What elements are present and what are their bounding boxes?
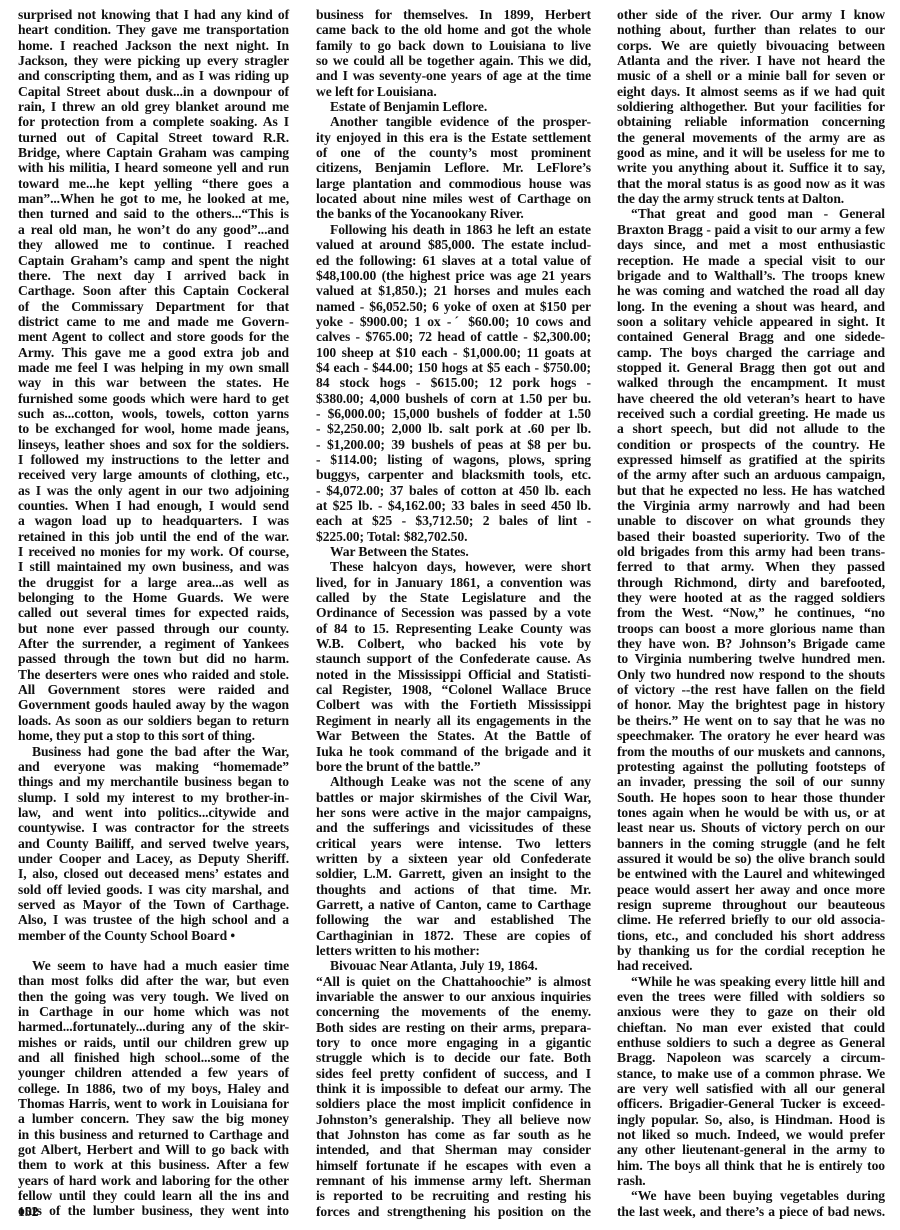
text-line: contained General Bragg and one sidede- [617, 329, 885, 344]
text-line: valued at around $85,000. The estate inc… [316, 237, 591, 252]
text-line: Bivouac Near Atlanta, July 19, 1864. [316, 958, 591, 973]
text-line: then turned and said to the others...“Th… [18, 206, 289, 221]
text-line: critical years were intense. Two letters [316, 836, 591, 851]
text-line: the general movements of the army are as [617, 130, 885, 145]
text-line: of 84 to 15. Representing Leake County w… [316, 621, 591, 636]
text-line: through Richmond, dirty and barefooted, [617, 575, 885, 590]
text-line: 84 stock hogs - $615.00; 12 pork hogs - [316, 375, 591, 390]
text-line: outs of the lumber business, they went i… [18, 1203, 289, 1218]
text-line: soldier, L.M. Garrett, given an insight … [316, 866, 591, 881]
text-line: South. He hopes soon to hear those thund… [617, 790, 885, 805]
text-line: had received. [617, 958, 885, 973]
text-line: home, they put a stop to this sort of th… [18, 728, 289, 743]
text-line: surprised not knowing that I had any kin… [18, 7, 289, 22]
text-line: - $114.00; listing of wagons, plows, spr… [316, 452, 591, 467]
paragraph-gap [18, 943, 289, 958]
text-line: intended, and that Sherman may consider [316, 1142, 591, 1157]
text-line: got Albert, Herbert and Will to go back … [18, 1142, 289, 1157]
text-line: Garrett, a native of Canton, came to Car… [316, 897, 591, 912]
text-line: are very well satisfied with all our gen… [617, 1081, 885, 1096]
text-line: things and my merchantile business began… [18, 774, 289, 789]
text-line: sides feel pretty confident of success, … [316, 1066, 591, 1081]
text-line: loads. As soon as our soldiers began to … [18, 713, 289, 728]
text-line: heart condition. They gave me transporta… [18, 22, 289, 37]
text-line: Carthage. Soon after this Captain Cocker… [18, 283, 289, 298]
text-line: a wagon load up to headquarters. I was [18, 513, 289, 528]
text-line: made me feel I was helping in my own sma… [18, 360, 289, 375]
text-line: of one of the county’s most prominent [316, 145, 591, 160]
text-line: “All is quiet on the Chattahoochie” is a… [316, 974, 591, 989]
text-line: to Virginia numbering twelve hundred men… [617, 651, 885, 666]
text-line: I still maintained my own business, and … [18, 559, 289, 574]
text-line: at $25 lb. - $4,162.00; 33 bales in seed… [316, 498, 591, 513]
text-line: named - $6,052.50; 6 yoke of oxen at $15… [316, 299, 591, 314]
text-line: rain, I threw an old grey blanket around… [18, 99, 289, 114]
text-line: noted in the Mississippi Official and St… [316, 667, 591, 682]
text-line: tions, etc., and concluded his short add… [617, 928, 885, 943]
text-line: brigade and to Walthall’s. The troops kn… [617, 268, 885, 283]
text-line: stance, to make use of a common phrase. … [617, 1066, 885, 1081]
text-line: cal Register, 1908, “Colonel Wallace Bru… [316, 682, 591, 697]
text-line: I, also, closed out deceased mens’ estat… [18, 866, 289, 881]
text-line: as I was the only agent in our two adjoi… [18, 483, 289, 498]
text-line: - $1,200.00; 39 bushels of peas at $8 pe… [316, 437, 591, 452]
text-line: fellow until they could learn all the in… [18, 1188, 289, 1203]
text-line: invariable the answer to our anxious inq… [316, 989, 591, 1004]
text-line: stopped it. General Bragg then got out a… [617, 360, 885, 375]
text-line: valued at $1,850.); 21 horses and mules … [316, 283, 591, 298]
text-line: peace would assert her away and once mor… [617, 882, 885, 897]
text-line: the Virginia army narrowly and had been [617, 498, 885, 513]
text-line: to be exchanged for wool, home made jean… [18, 421, 289, 436]
text-line: condition or prospects of the country. H… [617, 437, 885, 452]
text-line: days since, and met a most enthusiastic [617, 237, 885, 252]
text-line: of honor. May the brightest page in hist… [617, 697, 885, 712]
text-line: and the sufferings and vicissitudes of t… [316, 820, 591, 835]
text-line: assured it would be so) the olive branch… [617, 851, 885, 866]
text-line: than most folks did after the war, but e… [18, 973, 289, 988]
text-line: battles or major skirmishes of the Civil… [316, 790, 591, 805]
text-line: Jackson, they were picking up every stra… [18, 53, 289, 68]
text-line: Johnston’s generalship. They all believe… [316, 1112, 591, 1127]
text-line: officers. Brigadier-General Tucker is ex… [617, 1096, 885, 1111]
text-line: he was coming and watched the road all d… [617, 283, 885, 298]
text-line: younger children attended a few years of [18, 1065, 289, 1080]
text-line: countywise. I was contractor for the str… [18, 820, 289, 835]
text-line: obtaining reliable information concernin… [617, 114, 885, 129]
text-line: they were hooted at as the ragged soldie… [617, 590, 885, 605]
text-line: retained in this job until the end of th… [18, 529, 289, 544]
text-line: counties. When I had enough, I would sen… [18, 498, 289, 513]
text-line: Another tangible evidence of the prosper… [316, 114, 591, 129]
text-line: ingly popular. So, also, is Hindman. Hoo… [617, 1112, 885, 1127]
text-line: We seem to have had a much easier time [18, 958, 289, 973]
text-line: - $2,250.00; 2,000 lb. salt pork at .60 … [316, 421, 591, 436]
text-line: chieftan. No man ever existed that could [617, 1020, 885, 1035]
text-line: soldiering althogether. But your facilit… [617, 99, 885, 114]
text-line: soldiers place the most implicit confide… [316, 1096, 591, 1111]
text-line: clime. He referred briefly to our old as… [617, 912, 885, 927]
text-line: corps. We are quietly bivouacing between [617, 38, 885, 53]
text-line: the druggist for a large area...as well … [18, 575, 289, 590]
text-line: any other lieutenant-general in the army… [617, 1142, 885, 1157]
text-column-1: surprised not knowing that I had any kin… [18, 7, 289, 1219]
text-line: from the West. “Now,” he continues, “no [617, 605, 885, 620]
text-line: I received no monies for my work. Of cou… [18, 544, 289, 559]
text-line: even the trees were filled with soldiers… [617, 989, 885, 1004]
text-line: letters written to his mother: [316, 943, 591, 958]
text-line: Only two hundred now respond to the shou… [617, 667, 885, 682]
text-line: The deserters were ones who raided and s… [18, 667, 289, 682]
text-line: think it is impossible to defeat our arm… [316, 1081, 591, 1096]
text-line: soon a solitary vehicle appeared in sigh… [617, 314, 885, 329]
text-line: Bragg. Napoleon was scarcely a circum- [617, 1050, 885, 1065]
text-line: old brigades from this army had been tra… [617, 544, 885, 559]
text-line: law, and went into politics...citywide a… [18, 805, 289, 820]
text-line: based their boasted superiority. Two of … [617, 529, 885, 544]
text-line: Estate of Benjamin Leflore. [316, 99, 591, 114]
text-line: protesting against the polluting footste… [617, 759, 885, 774]
text-line: Also, I was trustee of the high school a… [18, 912, 289, 927]
text-line: Although Leake was not the scene of any [316, 774, 591, 789]
text-line: $48,100.00 (the highest price was age 21… [316, 268, 591, 283]
text-line: received such a cordial greeting. He mad… [617, 406, 885, 421]
text-line: nothing about, further than relates to o… [617, 22, 885, 37]
text-line: and everyone was making “homemade” [18, 759, 289, 774]
text-line: located about nine miles west of Carthag… [316, 191, 591, 206]
text-line: speechmaker. The oratory he ever heard w… [617, 728, 885, 743]
text-line: remnant of his immense army left. Sherma… [316, 1173, 591, 1188]
text-line: resign supreme throughout our beauteous [617, 897, 885, 912]
text-line: troops can boost a more glorious name th… [617, 621, 885, 636]
text-line: them to work at this business. After a f… [18, 1157, 289, 1172]
text-line: ity enjoyed in this era is the Estate se… [316, 130, 591, 145]
text-line: eight days. It almost seems as if we had… [617, 84, 885, 99]
text-line: came back to the old home and got the wh… [316, 22, 591, 37]
text-line: business for themselves. In 1899, Herber… [316, 7, 591, 22]
text-line: - $4,072.00; 37 bales of cotton at 450 l… [316, 483, 591, 498]
text-line: an invader, pressing the soil of our sun… [617, 774, 885, 789]
text-line: following the war and established The [316, 912, 591, 927]
text-line: under Cooper and Lacey, as Deputy Sherif… [18, 851, 289, 866]
text-line: These halcyon days, however, were short [316, 559, 591, 574]
text-line: by thanking us for the cordial reception… [617, 943, 885, 958]
text-line: so we could all be together again. This … [316, 53, 591, 68]
text-line: long. In the evening a shout was heard, … [617, 299, 885, 314]
text-line: thoughts and actions of that time. Mr. [316, 882, 591, 897]
text-column-3: other side of the river. Our army I know… [617, 7, 885, 1219]
text-line: and conscripting them, and as I was ridi… [18, 68, 289, 83]
text-line: written by a sixteen year old Confederat… [316, 851, 591, 866]
text-line: belonging to the Home Guards. We were [18, 590, 289, 605]
text-line: Bridge, where Captain Graham was camping [18, 145, 289, 160]
text-line: but none ever passed through our county. [18, 621, 289, 636]
text-line: not liked so much. Indeed, we would pref… [617, 1127, 885, 1142]
text-line: tones again when he would be with us, or… [617, 805, 885, 820]
text-line: lived, for in January 1861, a convention… [316, 575, 591, 590]
text-line: of victory --the rest have fallen on the… [617, 682, 885, 697]
text-line: turned out of Capital Street toward R.R. [18, 130, 289, 145]
text-line: from the mouths of our muskets and canno… [617, 744, 885, 759]
text-line: a short speech, but did not allude to th… [617, 421, 885, 436]
text-line: with his militia, I heard someone yell a… [18, 160, 289, 175]
text-line: $380.00; 4,000 bushels of corn at 1.50 p… [316, 391, 591, 406]
text-line: ed the following: 61 slaves at a total v… [316, 253, 591, 268]
text-line: Colbert was with the Fortieth Mississipp… [316, 697, 591, 712]
text-line: furnished some goods which were hard to … [18, 391, 289, 406]
text-line: passed through the town but did no harm. [18, 651, 289, 666]
text-line: called out several times for expected ra… [18, 605, 289, 620]
text-line: Atlanta and the river. I have not heard … [617, 53, 885, 68]
text-line: citizens, Benjamin Leflore. Mr. LeFlore’… [316, 160, 591, 175]
text-line: a lumber concern. They saw the big money [18, 1111, 289, 1126]
text-line: Government goods hauled away by the wago… [18, 697, 289, 712]
text-line: “That great and good man - General [617, 206, 885, 221]
text-line: enthuse soldiers to such a degree as Gen… [617, 1035, 885, 1050]
text-line: Following his death in 1863 he left an e… [316, 222, 591, 237]
text-line: After the surrender, a regiment of Yanke… [18, 636, 289, 651]
text-line: music of a shell or a minie ball for sev… [617, 68, 885, 83]
text-line: struggle which is to decide our fate. Bo… [316, 1050, 591, 1065]
text-line: walked through the encampment. It must [617, 375, 885, 390]
text-line: called by the State Legislature and the [316, 590, 591, 605]
text-line: bore the brunt of the battle.” [316, 759, 591, 774]
text-line: but that he expected no less. He has wat… [617, 483, 885, 498]
text-line: write you anything about it. Suffice it … [617, 160, 885, 175]
text-line: $225.00; Total: $82,702.50. [316, 529, 591, 544]
text-line: be entwined with the Laurel and whitewin… [617, 866, 885, 881]
text-line: large plantation and commodious house wa… [316, 176, 591, 191]
text-line: $4 each - $44.00; 150 hogs at $5 each - … [316, 360, 591, 375]
text-line: buggys, carpenter and blacksmith tools, … [316, 467, 591, 482]
text-line: district came to me and made me Govern- [18, 314, 289, 329]
text-line: Braxton Bragg - paid a visit to our army… [617, 222, 885, 237]
text-line: good as mine, and it will be useless for… [617, 145, 885, 160]
text-line: be theirs.” He went on to say that he wa… [617, 713, 885, 728]
page-number: 152 [18, 1204, 38, 1220]
text-line: linseys, leather shoes and sox for the s… [18, 437, 289, 452]
text-line: there. The next day I arrived back in [18, 268, 289, 283]
text-line: Capital Street about dusk...in a downpou… [18, 84, 289, 99]
text-line: War Between the States. At the Battle of [316, 728, 591, 743]
text-line: and all finished high school...some of t… [18, 1050, 289, 1065]
text-line: the last week, and there’s a piece of ba… [617, 1204, 885, 1219]
text-line: other side of the river. Our army I know [617, 7, 885, 22]
text-line: home. I reached Jackson the next night. … [18, 38, 289, 53]
text-line: of the army after such an arduous campai… [617, 467, 885, 482]
text-line: tory to once more engaging in a gigantic [316, 1035, 591, 1050]
text-line: in this business and returned to Carthag… [18, 1127, 289, 1142]
text-line: staunch support of the Confederate cause… [316, 651, 591, 666]
text-line: toward me...he kept yelling “there goes … [18, 176, 289, 191]
text-line: 100 sheep at $10 each - $1,000.00; 11 go… [316, 345, 591, 360]
text-line: War Between the States. [316, 544, 591, 559]
text-line: served as Mayor of the Town of Carthage. [18, 897, 289, 912]
text-column-2: business for themselves. In 1899, Herber… [316, 7, 591, 1219]
text-line: banners in the coming struggle (and he f… [617, 836, 885, 851]
text-line: himself fortunate if he escapes with eve… [316, 1158, 591, 1173]
text-line: sold off levied goods. I was city marsha… [18, 882, 289, 897]
text-line: then the going was very tough. We lived … [18, 989, 289, 1004]
text-line: is reported to be recruiting and resting… [316, 1188, 591, 1203]
text-line: All Government stores were raided and [18, 682, 289, 697]
text-line: ferred to that army. When they passed [617, 559, 885, 574]
text-line: they have won. B? Johnson’s Brigade came [617, 636, 885, 651]
text-line: expressed himself as gratified at the sp… [617, 452, 885, 467]
text-line: rash. [617, 1173, 885, 1188]
text-line: ment Agent to collect and store goods fo… [18, 329, 289, 344]
text-line: man”...When he got to me, he looked at m… [18, 191, 289, 206]
text-line: and I was seventy-one years of age at th… [316, 68, 591, 83]
text-line: - $6,000.00; 15,000 bushels of fodder at… [316, 406, 591, 421]
text-line: Regiment in nearly all its engagements i… [316, 713, 591, 728]
text-line: that Johnston has come as far south as h… [316, 1127, 591, 1142]
text-line: Ordinance of Secession was passed by a v… [316, 605, 591, 620]
text-line: unable to discover on what grounds they [617, 513, 885, 528]
text-line: calves - $765.00; 72 head of cattle - $2… [316, 329, 591, 344]
text-line: years of hard work and laboring for the … [18, 1173, 289, 1188]
text-line: anxious were they to gaze on their old [617, 1004, 885, 1019]
text-line: harmed...fortunately...during any of the… [18, 1019, 289, 1034]
text-line: for protection from a complete soaking. … [18, 114, 289, 129]
text-line: reception. He made a special visit to ou… [617, 253, 885, 268]
text-line: Iuka he took command of the brigade and … [316, 744, 591, 759]
text-line: Business had gone the bad after the War, [18, 744, 289, 759]
text-line: forces and strengthening his position on… [316, 1204, 591, 1219]
document-page: surprised not knowing that I had any kin… [0, 0, 900, 1230]
text-line: a real old man, he won’t do any good”...… [18, 222, 289, 237]
text-line: such as...cotton, wools, towels, cotton … [18, 406, 289, 421]
text-line: Carthaginian in 1872. These are copies o… [316, 928, 591, 943]
text-line: mishes or raids, until our children grew… [18, 1035, 289, 1050]
text-line: camp. The boys charged the carriage and [617, 345, 885, 360]
text-line: “While he was speaking every little hill… [617, 974, 885, 989]
text-line: slump. I sold my interest to my brother-… [18, 790, 289, 805]
text-line: have cheered the old veteran’s heart to … [617, 391, 885, 406]
text-line: that the moral status is as good now as … [617, 176, 885, 191]
text-line: each at $25 - $3,712.50; 2 bales of lint… [316, 513, 591, 528]
text-line: her sons were active in the major campai… [316, 805, 591, 820]
text-line: Captain Graham’s camp and spent the nigh… [18, 253, 289, 268]
text-line: in Carthage in our home which was not [18, 1004, 289, 1019]
text-line: we left for Louisiana. [316, 84, 591, 99]
text-line: they allowed me to continue. I reached [18, 237, 289, 252]
text-line: way in this war between the states. He [18, 375, 289, 390]
text-line: the banks of the Yocanookany River. [316, 206, 591, 221]
text-line: Army. This gave me a good extra job and [18, 345, 289, 360]
text-line: W.B. Colbert, who backed his vote by [316, 636, 591, 651]
text-line: the day the army struck tents at Dalton. [617, 191, 885, 206]
text-line: concerning the movements of the enemy. [316, 1004, 591, 1019]
text-line: I followed my instructions to the letter… [18, 452, 289, 467]
text-line: family to go back down to Louisiana to l… [316, 38, 591, 53]
text-line: and County Bailiff, and served twelve ye… [18, 836, 289, 851]
text-line: of the Commissary Department for that [18, 299, 289, 314]
text-line: yoke - $900.00; 1 ox -ˊ $60.00; 10 cows … [316, 314, 591, 329]
text-line: “We have been buying vegetables during [617, 1188, 885, 1203]
text-line: member of the County School Board • [18, 928, 289, 943]
text-line: received very large amounts of clothing,… [18, 467, 289, 482]
text-line: least near us. Shouts of victory perch o… [617, 820, 885, 835]
text-line: college. In 1886, two of my boys, Haley … [18, 1081, 289, 1096]
text-line: him. The boys all think that he is entir… [617, 1158, 885, 1173]
text-line: Thomas Harris, went to work in Louisiana… [18, 1096, 289, 1111]
text-line: Both sides are resting on their arms, pr… [316, 1020, 591, 1035]
